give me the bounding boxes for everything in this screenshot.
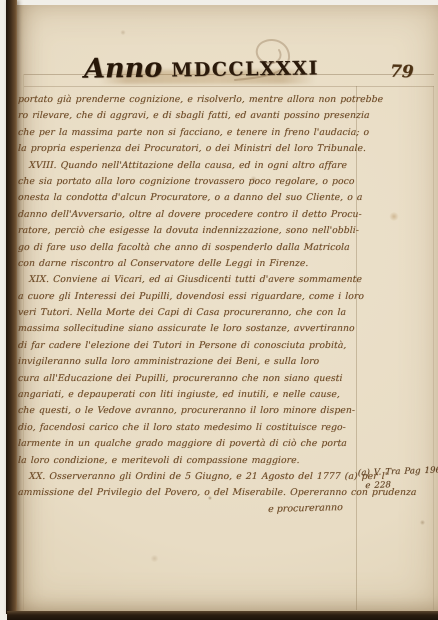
manuscript-line: che sia portato alla loro cognizione tro… <box>18 174 357 190</box>
page-title-year: MDCCLXXXI <box>171 57 319 81</box>
manuscript-line: onesta la condotta d'alcun Procuratore, … <box>18 190 357 206</box>
section-xx: XX. Osserveranno gli Ordini de 5 Giugno,… <box>18 469 356 502</box>
manuscript-text-block: portato già prenderne cognizione, e riso… <box>18 92 356 502</box>
ink-speck <box>208 496 212 500</box>
section-xviii: XVIII. Quando nell'Attitazione della cau… <box>18 158 356 273</box>
manuscript-line: angariati, e depauperati con liti ingius… <box>18 387 357 403</box>
manuscript-line: con darne riscontro al Conservatore dell… <box>18 256 357 272</box>
page-number: 79 <box>390 62 414 83</box>
ink-speck <box>420 520 425 525</box>
manuscript-line: invigileranno sulla loro amministrazione… <box>18 354 357 370</box>
scanned-manuscript-page: Anno MDCCLXXXI 79 portato già prenderne … <box>0 0 438 620</box>
paragraph-continuation: portato già prenderne cognizione, e riso… <box>18 92 356 158</box>
manuscript-line: che per la massima parte non si facciano… <box>18 125 357 141</box>
manuscript-line: di far cadere l'elezione dei Tutori in P… <box>18 338 357 354</box>
manuscript-line: XVIII. Quando nell'Attitazione della cau… <box>18 158 357 174</box>
foxing-spot <box>389 212 399 221</box>
manuscript-line: cura all'Educazione dei Pupilli, procure… <box>18 371 357 387</box>
manuscript-line: e 228 <box>358 478 434 494</box>
manuscript-line: veri Tutori. Nella Morte dei Capi di Cas… <box>18 305 357 321</box>
manuscript-line: XIX. Conviene ai Vicari, ed ai Giusdicen… <box>18 272 357 288</box>
manuscript-line: la loro condizione, e meritevoli di comp… <box>18 453 357 469</box>
page-title-anno: Anno <box>84 51 163 88</box>
manuscript-line: massima sollecitudine siano assicurate l… <box>18 321 357 337</box>
manuscript-line: XX. Osserveranno gli Ordini de 5 Giugno,… <box>18 469 357 485</box>
manuscript-line: larmente in un qualche grado maggiore di… <box>18 436 357 452</box>
manuscript-line: danno dell'Avversario, oltre al dovere p… <box>18 207 357 223</box>
foxing-spot <box>250 176 257 182</box>
manuscript-line: go di fare uso della facoltà che anno di… <box>18 240 357 256</box>
manuscript-line: ammissione del Privilegio del Povero, o … <box>18 485 357 501</box>
margin-note: (a) V. Tra Pag 196,e 228 <box>358 465 435 494</box>
book-binding <box>6 0 17 614</box>
foxing-spot <box>120 30 126 35</box>
frame-rule-outer <box>433 86 434 610</box>
manuscript-line: la propria esperienza dei Procuratori, o… <box>18 141 357 157</box>
manuscript-line: ro rilevare, che di aggravi, e di sbagli… <box>18 108 357 124</box>
manuscript-line: a cuore gli Interessi dei Pupilli, doven… <box>18 289 357 305</box>
catchword: e procureranno <box>268 502 343 515</box>
frame-rule-margin <box>356 86 357 610</box>
book-bottom-edge <box>7 611 438 620</box>
foxing-spot <box>150 555 159 562</box>
manuscript-line: ratore, perciò che esigesse la dovuta in… <box>18 223 357 239</box>
manuscript-line: che questi, o le Vedove avranno, procure… <box>18 403 357 419</box>
section-xix: XIX. Conviene ai Vicari, ed ai Giusdicen… <box>18 272 356 469</box>
page-title: Anno MDCCLXXXI <box>84 48 319 87</box>
manuscript-line: dio, facendosi carico che il loro stato … <box>18 420 357 436</box>
manuscript-line: portato già prenderne cognizione, e riso… <box>18 92 357 108</box>
